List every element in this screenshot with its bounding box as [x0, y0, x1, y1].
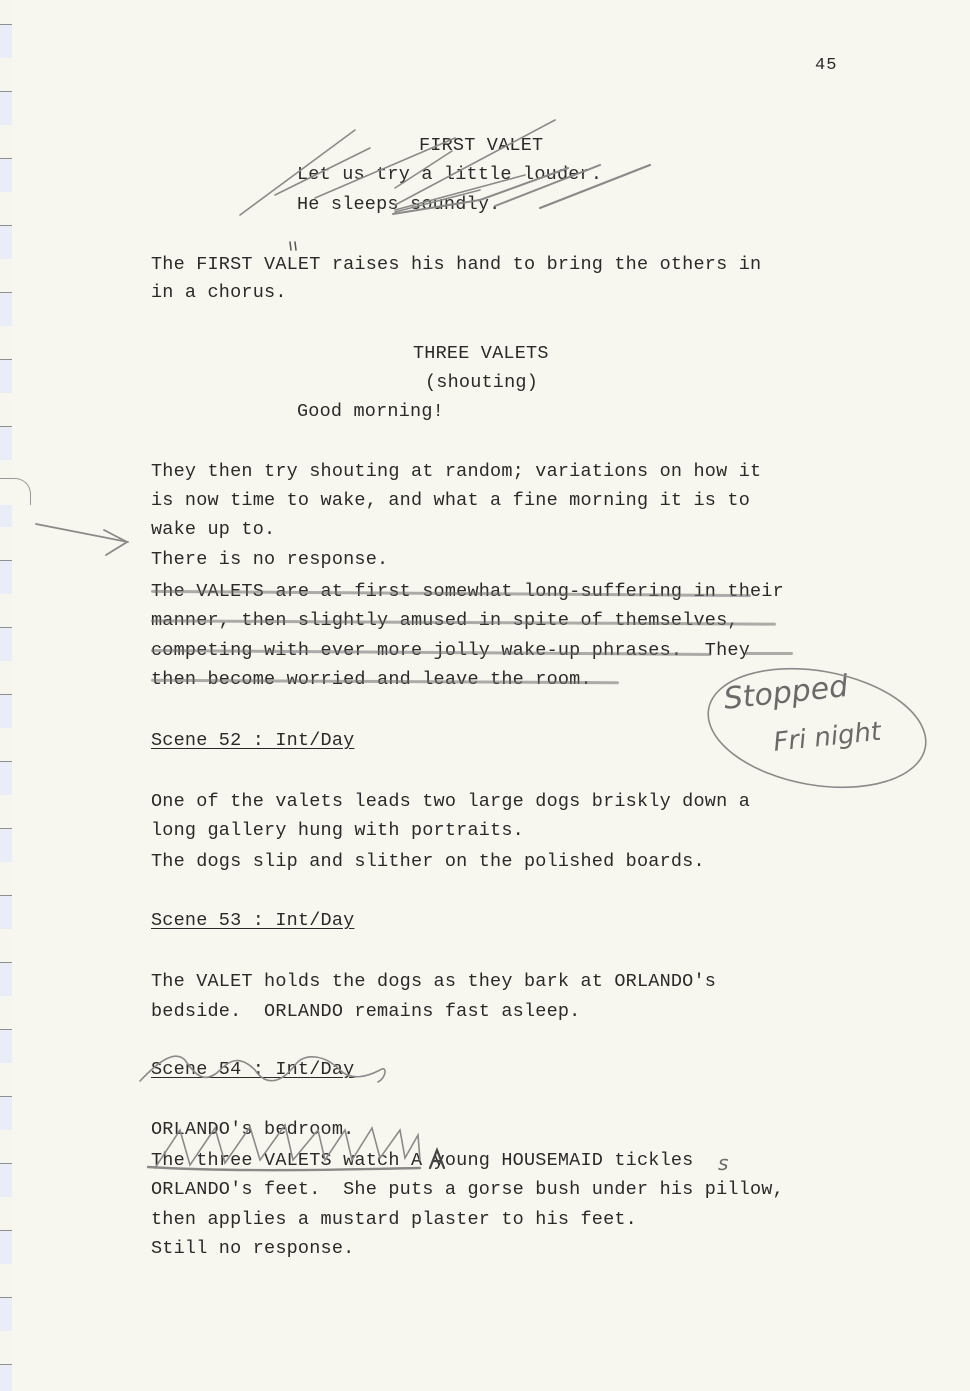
action-line: bedside. ORLANDO remains fast asleep.: [151, 1003, 580, 1022]
action-line: The three VALETS watch A young HOUSEMAID…: [151, 1152, 694, 1171]
action-line: is now time to wake, and what a fine mor…: [151, 492, 750, 511]
character-name: FIRST VALET: [419, 137, 543, 156]
arrow-icon: [36, 524, 128, 542]
action-line: They then try shouting at random; variat…: [151, 463, 761, 482]
arrow-head: [104, 530, 127, 555]
scene-heading: Scene 52 : Int/Day: [151, 732, 354, 751]
action-line: long gallery hung with portraits.: [151, 822, 524, 841]
handwritten-insert: s: [718, 1151, 728, 1175]
action-line: in a chorus.: [151, 284, 287, 303]
handwritten-note-line1: Stopped: [722, 669, 850, 717]
action-line: ORLANDO's feet. She puts a gorse bush un…: [151, 1181, 784, 1200]
action-line: The FIRST VALET raises his hand to bring…: [151, 256, 761, 275]
parenthetical: (shouting): [425, 374, 538, 393]
action-line: wake up to.: [151, 521, 275, 540]
action-line: One of the valets leads two large dogs b…: [151, 793, 750, 812]
dialogue-line: He sleeps soundly.: [297, 196, 500, 215]
slash-mark: [395, 120, 555, 205]
page-number: 45: [815, 56, 837, 75]
handwritten-note-line2: Fri night: [772, 717, 883, 758]
dialogue-line: Let us try a little louder.: [297, 166, 602, 185]
strikethrough-mark: [745, 652, 793, 655]
script-page: 45 FIRST VALET Let us try a little loude…: [0, 0, 970, 1391]
dialogue-line: Good morning!: [297, 403, 444, 422]
punch-hole-notch: [0, 478, 31, 505]
scene-heading: Scene 53 : Int/Day: [151, 912, 354, 931]
binding-strip: [0, 0, 12, 1391]
action-line: ORLANDO's bedroom.: [151, 1121, 354, 1140]
action-line: then applies a mustard plaster to his fe…: [151, 1211, 637, 1230]
action-line: There is no response.: [151, 551, 388, 570]
scene-heading: Scene 54 : Int/Day: [151, 1061, 354, 1080]
action-line: The dogs slip and slither on the polishe…: [151, 853, 705, 872]
action-line: The VALET holds the dogs as they bark at…: [151, 973, 716, 992]
action-line: Still no response.: [151, 1240, 354, 1259]
tick-mark: [290, 242, 296, 250]
character-name: THREE VALETS: [413, 345, 549, 364]
